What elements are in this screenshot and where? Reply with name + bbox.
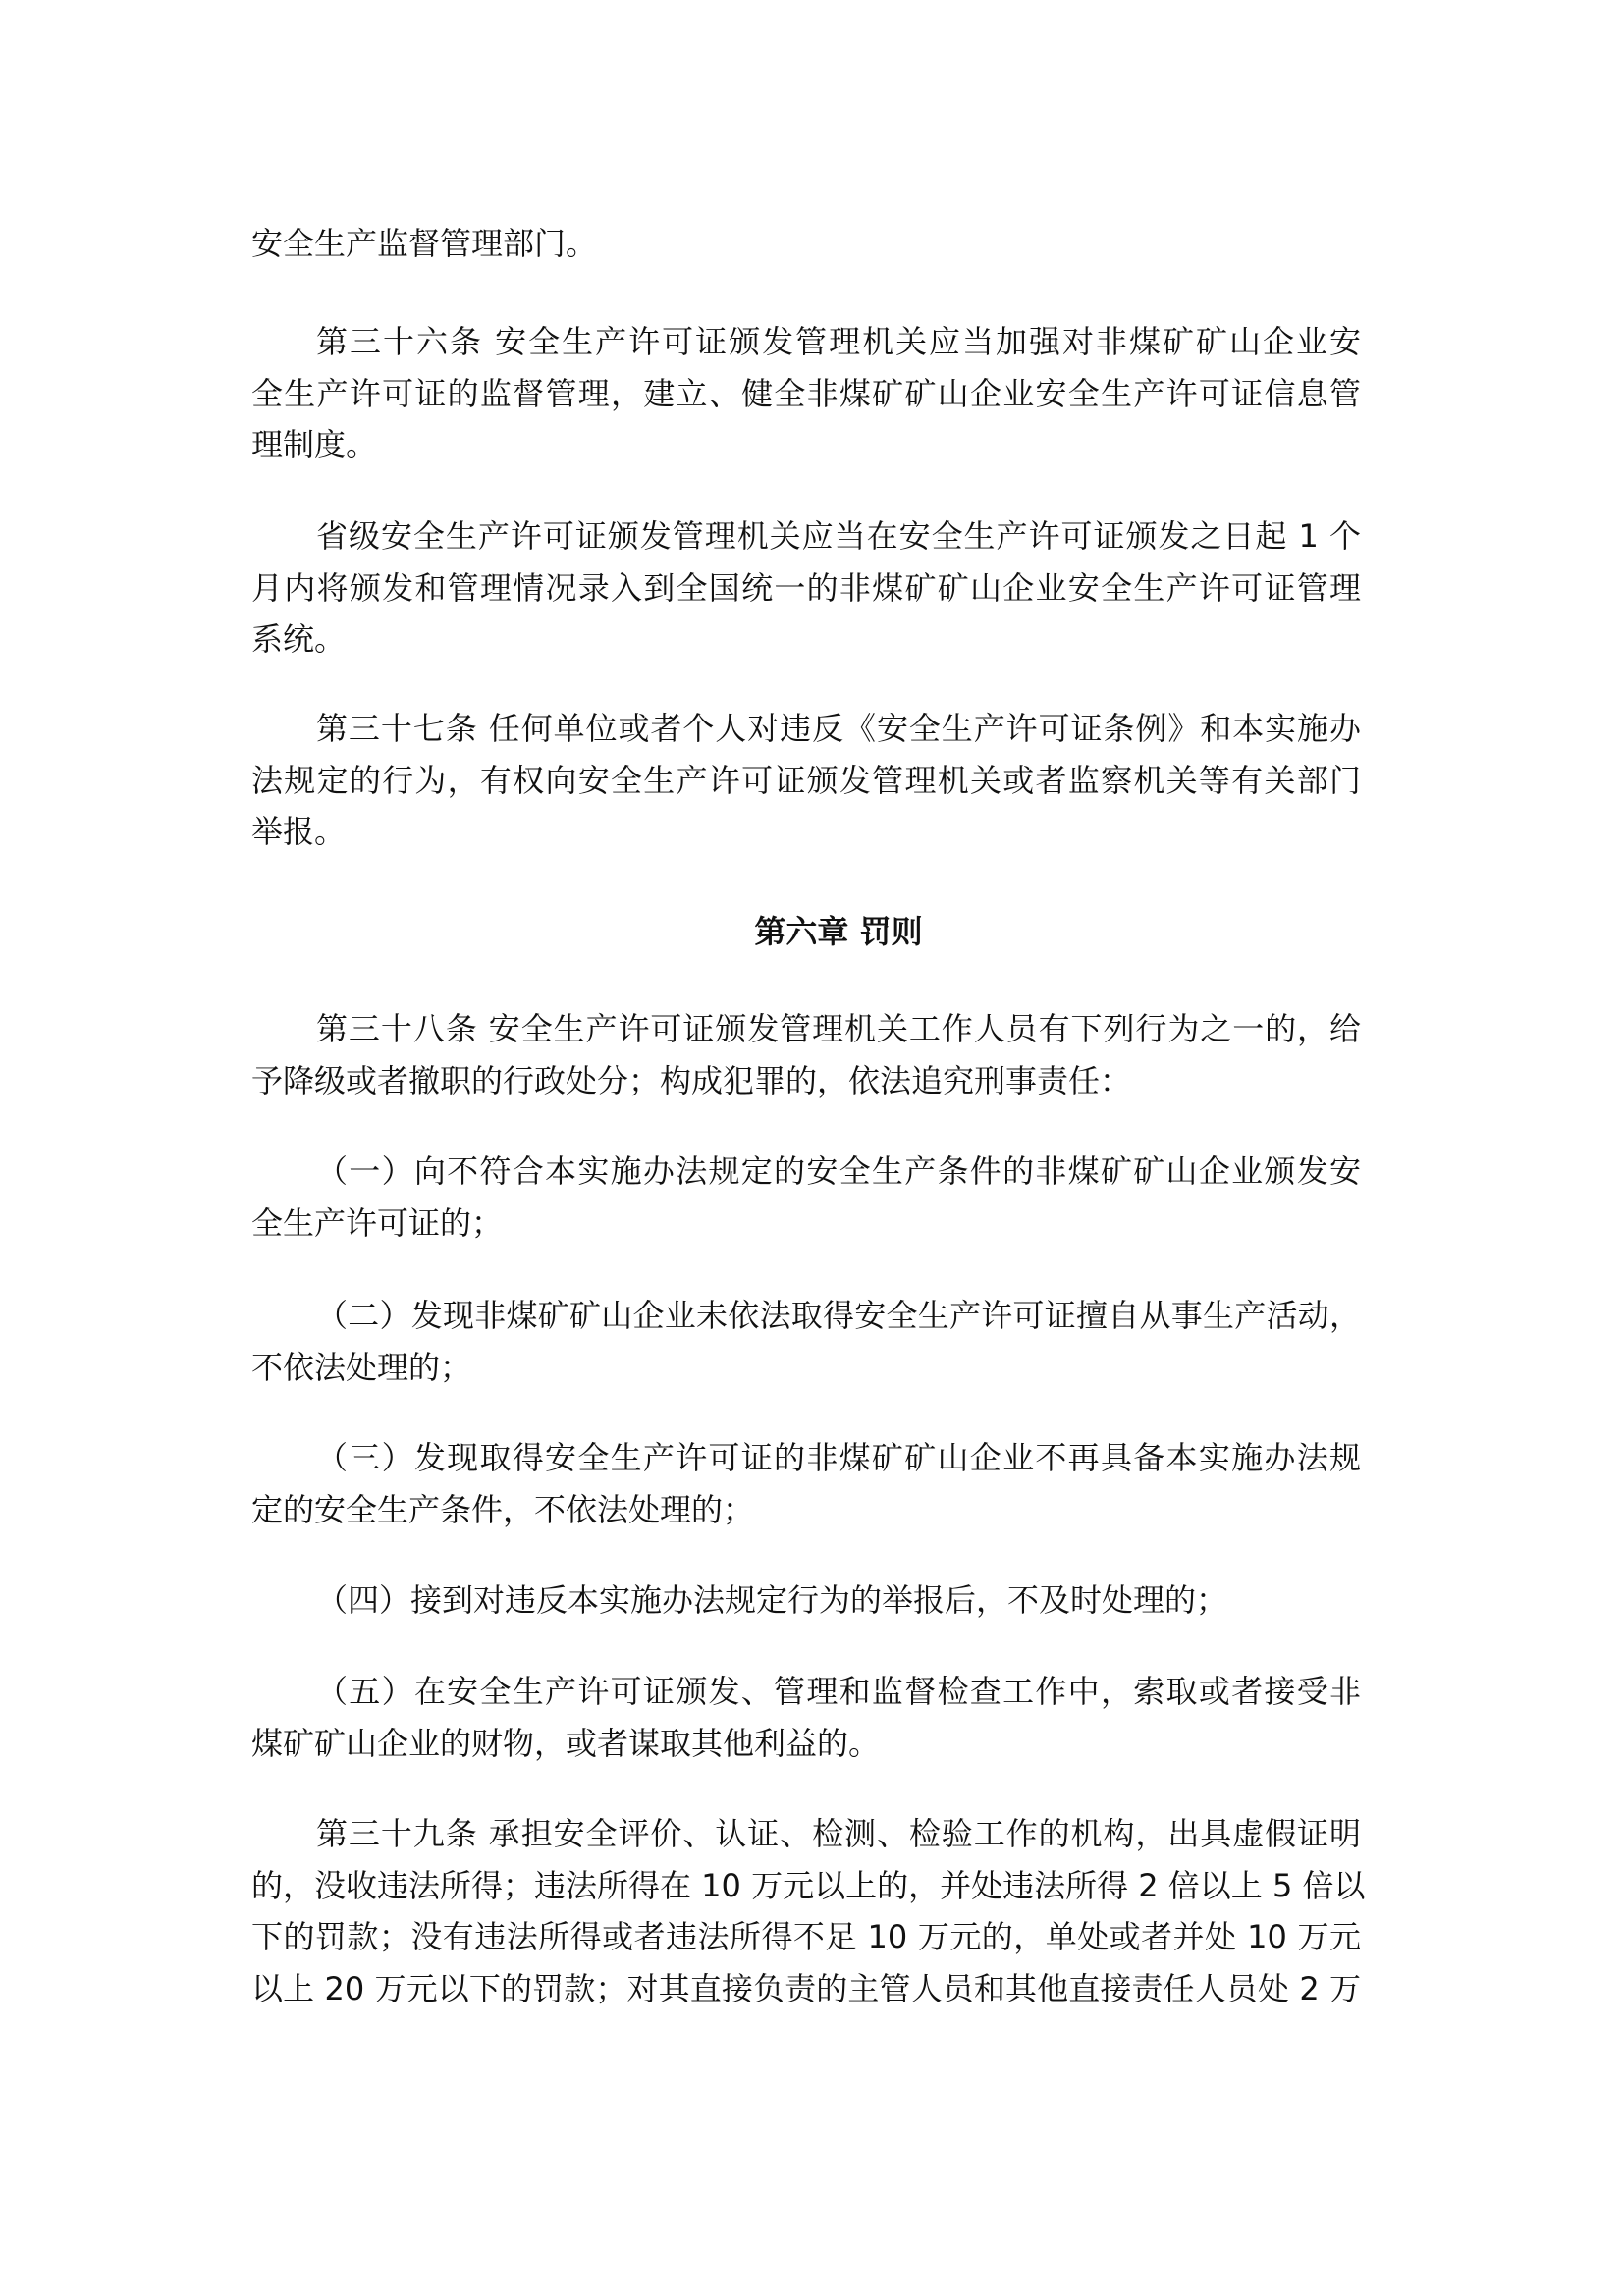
text-line: （一）向不符合本实施办法规定的安全生产条件的非煤矿矿山企业颁发安 [251, 1146, 1361, 1198]
text-line: 第三十七条 任何单位或者个人对违反《安全生产许可证条例》和本实施办 [251, 703, 1361, 755]
text-line: 月内将颁发和管理情况录入到全国统一的非煤矿矿山企业安全生产许可证管理 [251, 562, 1361, 614]
text-line: 予降级或者撤职的行政处分；构成犯罪的，依法追究刑事责任： [251, 1055, 1361, 1107]
article-38-item-1: （一）向不符合本实施办法规定的安全生产条件的非煤矿矿山企业颁发安 全生产许可证的… [251, 1146, 1361, 1249]
article-36-clause-2: 省级安全生产许可证颁发管理机关应当在安全生产许可证颁发之日起 1 个 月内将颁发… [251, 510, 1361, 666]
text-line: 第三十八条 安全生产许可证颁发管理机关工作人员有下列行为之一的，给 [251, 1003, 1361, 1055]
text-line: 法规定的行为，有权向安全生产许可证颁发管理机关或者监察机关等有关部门 [251, 755, 1361, 807]
text-line: 理制度。 [251, 419, 1361, 471]
text-line: （二）发现非煤矿矿山企业未依法取得安全生产许可证擅自从事生产活动， [251, 1290, 1361, 1342]
text-line: 举报。 [251, 806, 1361, 858]
text-line: 第三十六条 安全生产许可证颁发管理机关应当加强对非煤矿矿山企业安 [251, 316, 1361, 368]
article-36: 第三十六条 安全生产许可证颁发管理机关应当加强对非煤矿矿山企业安 全生产许可证的… [251, 316, 1361, 471]
article-38-item-5: （五）在安全生产许可证颁发、管理和监督检查工作中，索取或者接受非 煤矿矿山企业的… [251, 1666, 1361, 1769]
text-line: 的，没收违法所得；违法所得在 10 万元以上的，并处违法所得 2 倍以上 5 倍… [251, 1860, 1361, 1912]
text-line: 省级安全生产许可证颁发管理机关应当在安全生产许可证颁发之日起 1 个 [251, 510, 1361, 562]
article-39: 第三十九条 承担安全评价、认证、检测、检验工作的机构，出具虚假证明 的，没收违法… [251, 1808, 1361, 2014]
text-line: （四）接到对违反本实施办法规定行为的举报后，不及时处理的； [251, 1575, 1361, 1627]
text-line: 下的罚款；没有违法所得或者违法所得不足 10 万元的，单处或者并处 10 万元 [251, 1911, 1361, 1963]
text-line: 第三十九条 承担安全评价、认证、检测、检验工作的机构，出具虚假证明 [251, 1808, 1361, 1860]
article-38: 第三十八条 安全生产许可证颁发管理机关工作人员有下列行为之一的，给 予降级或者撤… [251, 1003, 1361, 1106]
text-line: 煤矿矿山企业的财物，或者谋取其他利益的。 [251, 1718, 1361, 1770]
text-line: 安全生产监督管理部门。 [251, 218, 1361, 270]
text-line: （五）在安全生产许可证颁发、管理和监督检查工作中，索取或者接受非 [251, 1666, 1361, 1718]
text-line: 全生产许可证的； [251, 1198, 1361, 1250]
article-38-item-2: （二）发现非煤矿矿山企业未依法取得安全生产许可证擅自从事生产活动， 不依法处理的… [251, 1290, 1361, 1393]
text-line: 以上 20 万元以下的罚款；对其直接负责的主管人员和其他直接责任人员处 2 万 [251, 1963, 1361, 2015]
text-line: 系统。 [251, 614, 1361, 666]
article-37: 第三十七条 任何单位或者个人对违反《安全生产许可证条例》和本实施办 法规定的行为… [251, 703, 1361, 858]
document-page: 安全生产监督管理部门。 第三十六条 安全生产许可证颁发管理机关应当加强对非煤矿矿… [0, 0, 1624, 2296]
text-line: 全生产许可证的监督管理，建立、健全非煤矿矿山企业安全生产许可证信息管 [251, 368, 1361, 420]
text-line: （三）发现取得安全生产许可证的非煤矿矿山企业不再具备本实施办法规 [251, 1432, 1361, 1484]
article-38-item-3: （三）发现取得安全生产许可证的非煤矿矿山企业不再具备本实施办法规 定的安全生产条… [251, 1432, 1361, 1535]
text-line: 不依法处理的； [251, 1342, 1361, 1394]
article-38-item-4: （四）接到对违反本实施办法规定行为的举报后，不及时处理的； [251, 1575, 1361, 1627]
text-line: 定的安全生产条件，不依法处理的； [251, 1484, 1361, 1536]
paragraph-continuation: 安全生产监督管理部门。 [251, 218, 1361, 270]
chapter-heading: 第六章 罚则 [251, 906, 1361, 958]
